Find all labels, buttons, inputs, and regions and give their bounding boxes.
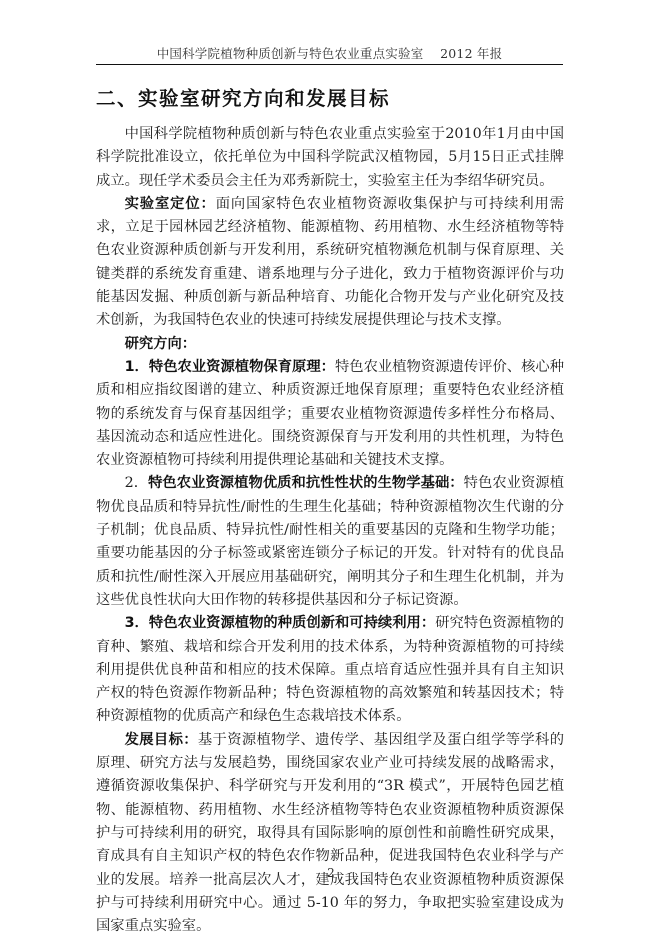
- goals-text: 基于资源植物学、遗传学、基因组学及蛋白组学等学科的原理、研究方法与发展趋势，围绕…: [96, 732, 564, 934]
- direction-3-text: 研究特色资源植物的育种、繁殖、栽培和综合开发利用的技术体系，为特种资源植物的可持…: [96, 615, 564, 724]
- direction-2-number: 2．: [125, 475, 149, 491]
- direction-2-title: 特色农业资源植物优质和抗性性状的生物学基础：: [148, 475, 464, 491]
- header-rule: [96, 64, 563, 65]
- positioning-paragraph: 实验室定位：面向国家特色农业植物资源收集保护与可持续利用需求，立足于园林园艺经济…: [96, 193, 564, 333]
- running-header: 中国科学院植物种质创新与特色农业重点实验室 2012 年报: [96, 44, 563, 62]
- direction-1-number: 1．: [125, 359, 149, 375]
- goals-label: 发展目标：: [125, 732, 198, 748]
- direction-3-number: 3．: [125, 615, 149, 631]
- direction-item-3: 3．特色农业资源植物的种质创新和可持续利用：研究特色资源植物的育种、繁殖、栽培和…: [96, 612, 564, 728]
- positioning-label: 实验室定位：: [125, 196, 216, 212]
- header-year: 2012 年报: [440, 46, 502, 61]
- direction-1-text: 特色农业植物资源遗传评价、核心种质和相应指纹图谱的建立、种质资源迁地保育原理；重…: [96, 359, 564, 468]
- document-body: 中国科学院植物种质创新与特色农业重点实验室于2010年1月由中国科学院批准设立，…: [96, 123, 564, 936]
- page-number: 2: [0, 866, 662, 880]
- goals-paragraph: 发展目标：基于资源植物学、遗传学、基因组学及蛋白组学等学科的原理、研究方法与发展…: [96, 729, 564, 936]
- direction-3-title: 特色农业资源植物的种质创新和可持续利用：: [149, 615, 435, 631]
- positioning-text: 面向国家特色农业植物资源收集保护与可持续利用需求，立足于园林园艺经济植物、能源植…: [96, 196, 564, 328]
- header-title: 中国科学院植物种质创新与特色农业重点实验室: [157, 46, 424, 61]
- intro-paragraph: 中国科学院植物种质创新与特色农业重点实验室于2010年1月由中国科学院批准设立，…: [96, 123, 564, 193]
- section-title: 二、实验室研究方向和发展目标: [96, 83, 390, 111]
- directions-label: 研究方向：: [125, 336, 196, 352]
- direction-item-1: 1．特色农业资源植物保育原理：特色农业植物资源遗传评价、核心种质和相应指纹图谱的…: [96, 356, 564, 472]
- direction-1-title: 特色农业资源植物保育原理：: [149, 359, 335, 375]
- directions-heading: 研究方向：: [96, 333, 564, 356]
- direction-2-text: 特色农业资源植物优良品质和特异抗性/耐性的生理生化基础；特种资源植物次生代谢的分…: [96, 475, 564, 607]
- direction-item-2: 2．特色农业资源植物优质和抗性性状的生物学基础：特色农业资源植物优良品质和特异抗…: [96, 472, 564, 612]
